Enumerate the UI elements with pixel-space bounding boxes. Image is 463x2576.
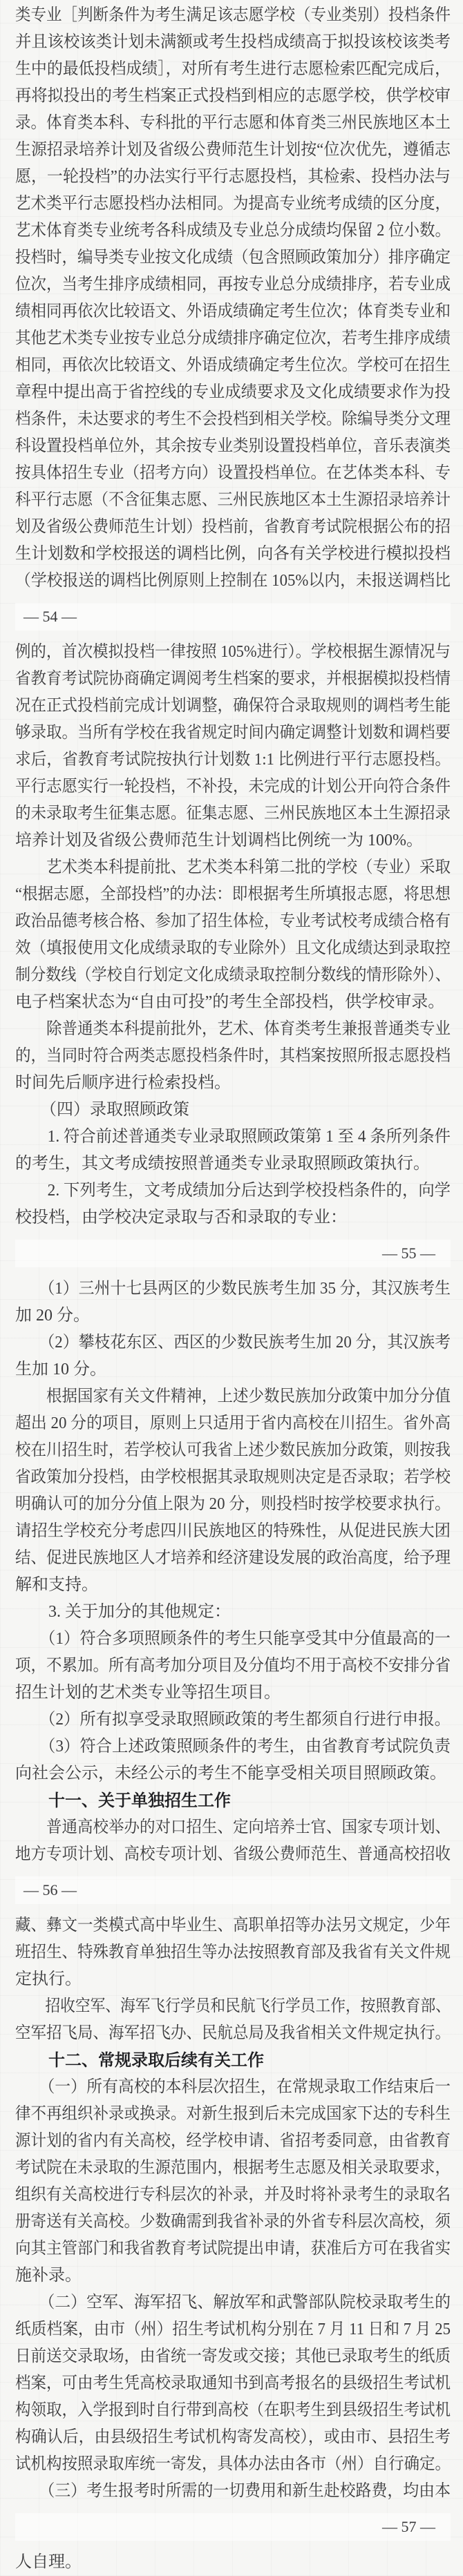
text-line-content: 章程中提出高于省控线的专业成绩要求及文化成绩要求作为投 <box>15 379 451 406</box>
page-number-text: — 56 — <box>23 1881 77 1899</box>
text-line-content: 省政策加分投档，由学校根据其录取规则决定是否录取；若学校 <box>15 1464 451 1491</box>
text-line-content: 位次，当考生排序成绩相同，再按专业总分成绩排序，若专业成 <box>15 271 451 298</box>
text-line-content: 档案，可由考生凭高校录取通知书到高考报名的县级招生考试机 <box>15 2370 451 2397</box>
text-line: 藏、彝文一类模式高中毕业生、高职单招等办法另文规定，少年 <box>15 1912 424 1939</box>
text-line: 普通高校举办的对口招生、定向培养士官、国家专项计划、 <box>15 1814 424 1841</box>
text-line: 结、促进民族地区人才培养和经济建设发展的政治高度，给予理 <box>15 1545 424 1572</box>
text-line: 制分数线（学校自行划定文化成绩录取控制分数线的情形除外）、 <box>15 962 416 989</box>
text-line: 省政策加分投档，由学校根据其录取规则决定是否录取；若学校 <box>15 1464 424 1491</box>
text-line: 电子档案状态为“自由可投”的考生全部投档，供学校审录。 <box>15 989 451 1016</box>
text-line-content: 超出 20 分的项目，原则上只适用于省内高校在川招生。省外高 <box>15 1410 451 1437</box>
text-line: 班招生、特殊教育单独招生等办法按照教育部及我省有关文件规 <box>15 1939 424 1966</box>
text-line-content: 制分数线（学校自行划定文化成绩录取控制分数线的情形除外）、 <box>15 962 451 989</box>
text-line-content: 的，当同时符合两类志愿投档条件时，其档案按照所报志愿投档 <box>15 1043 451 1070</box>
text-line: 艺术体育类专业统考各科成绩及专业总分成绩均保留 2 位小数。 <box>15 218 424 244</box>
text-line: 试机构按照录取库统一寄发，具体办法由各市（州）自行确定。 <box>15 2451 424 2478</box>
text-line: 的未录取考生征集志愿。征集志愿、三州民族地区本土生源招录 <box>15 800 424 827</box>
text-line: （四）录取照顾政策 <box>15 1097 451 1124</box>
text-line-content: 施补录。 <box>15 2262 82 2289</box>
text-line-content: 绩相同再依次比较语文、外语成绩确定考生位次；体育类专业和 <box>15 298 451 325</box>
page-number-text: — 54 — <box>23 608 77 625</box>
text-line-content: 加 20 分。 <box>15 1303 90 1329</box>
text-line: 再将拟投出的考生档案正式投档到相应的志愿学校，供学校审 <box>15 83 439 110</box>
text-line-content: 2. 下列考生，文考成绩加分后达到学校投档条件的，向学 <box>15 1178 451 1204</box>
text-line-content: 考试院在未录取的生源范围内，根据考生志愿及相关录取要求， <box>15 2155 451 2182</box>
text-line: （一）所有高校的本科层次招生，在常规录取工作结束后一 <box>15 2074 431 2101</box>
text-line: 其他艺术类专业按专业总分成绩排序确定位次，若考生排序成绩 <box>15 325 424 352</box>
text-line-content: 科平行志愿（不含征集志愿、三州民族地区本土生源招录培养计 <box>15 487 451 514</box>
text-line-content: 的考生，其文考成绩按照普通类专业录取照顾政策执行。 <box>15 1151 430 1178</box>
text-line: 人自理。 <box>15 2549 451 2576</box>
text-line: 项，不累加。所有高考加分项目及分值均不用于高校不安排分省 <box>15 1653 424 1680</box>
text-line: 的，当同时符合两类志愿投档条件时，其档案按照所报志愿投档 <box>15 1043 424 1070</box>
text-line-content: 律不再组织补录或换录。对新生报到后未完成国家下达的专科生 <box>15 2101 451 2128</box>
text-line-content: 够录取。当所有学校在我省规定时间内确定调整计划数和调档要 <box>15 720 451 747</box>
document-page: 人自理。 <box>15 2549 451 2576</box>
text-line: 况在正式投档前完成计划调整，确保符合录取规则的调档考生能 <box>15 693 424 720</box>
text-line: 录。体育类本科、专科批的平行志愿和体育类三州民族地区本土 <box>15 110 424 137</box>
text-line-content: 效（填报使用文化成绩录取的专业除外）且文化成绩达到录取控 <box>15 935 451 962</box>
document-page: （1）三州十七县两区的少数民族考生加 35 分，其汉族考生加 20 分。 （2）… <box>15 1276 451 1904</box>
text-line-content: 并且该校该类计划未满额或考生投档成绩高于拟投该校该类考 <box>15 29 451 56</box>
text-line-content: （四）录取照顾政策 <box>15 1097 189 1124</box>
text-line: 构确认后，由县级招生考试机构寄发高校），或由市、县招生考 <box>15 2424 431 2451</box>
text-line: 招生计划的艺术类专业等招生项目。 <box>15 1680 451 1707</box>
text-line-content: （二）空军、海军招飞、解放军和武警部队院校录取考生的 <box>15 2289 451 2316</box>
text-line: （1）符合多项照顾条件的考生只能享受其中分值最高的一 <box>15 1626 439 1653</box>
text-line: 考试院在未录取的生源范围内，根据考生志愿及相关录取要求， <box>15 2155 424 2182</box>
text-line: 源计划的省内有关高校，经学校申请、省招考委同意，由省教育 <box>15 2128 424 2155</box>
text-line-content: 人自理。 <box>15 2549 82 2576</box>
section-heading: 十一、关于单独招生工作 <box>15 1787 451 1814</box>
text-line-content: 试机构按照录取库统一寄发，具体办法由各市（州）自行确定。 <box>15 2451 451 2478</box>
text-line: “根据志愿，全部投档”的办法：即根据考生所填报志愿，将思想 <box>15 881 425 908</box>
document-page: 例的，首次模拟投档一律按照 105%进行）。学校根据生源情况与省教育考试院协商确… <box>15 639 451 1267</box>
text-line: 超出 20 分的项目，原则上只适用于省内高校在川招生。省外高 <box>15 1410 431 1437</box>
text-line-content: 校在川招生时，若学校认可我省上述少数民族加分政策，则按我 <box>15 1437 451 1464</box>
text-line: 省教育考试院协商确定调阅考生档案的要求，并根据模拟投档情 <box>15 666 424 693</box>
text-line: 科设置投档单位外，其余按专业类别设置投档单位，音乐表演类 <box>15 433 424 460</box>
text-line: 日前送交录取场，由省统一寄发或交接；其他已录取考生的纸质 <box>15 2343 424 2370</box>
text-line: 愿，一轮投档”的办法实行平行志愿投档，其检索、投档办法与 <box>15 164 432 191</box>
document: 类专业［判断条件为考生满足该志愿学校（专业类别）投档条件并且该校该类计划未满额或… <box>0 0 463 2576</box>
text-line-content: （学校报送的调档比例原则上控制在 105%以内，未报送调档比 <box>15 568 451 595</box>
text-line: 档条件，未达要求的考生不会投档到相关学校。除编导类分文理 <box>15 406 424 433</box>
text-line: 根据国家有关文件精神，上述少数民族加分政策中加分分值 <box>15 1383 424 1410</box>
text-line: （学校报送的调档比例原则上控制在 105%以内，未报送调档比 <box>15 568 430 595</box>
text-line-content: 生中的最低投档成绩］，对所有考生进行志愿检索匹配完成后， <box>15 56 451 83</box>
text-line-content: （1）三州十七县两区的少数民族考生加 35 分，其汉族考生 <box>15 1276 451 1303</box>
text-line-content: 向其主管部门和我省教育考试院提出申请，获准后方可在我省实 <box>15 2236 451 2262</box>
text-line: 除普通类本科提前批外，艺术、体育类考生兼报普通类专业 <box>15 1016 424 1043</box>
text-line-content: 向社会公示，未经公示的考生不能享受相关项目照顾政策。 <box>15 1760 446 1787</box>
text-line: 向其主管部门和我省教育考试院提出申请，获准后方可在我省实 <box>15 2236 424 2262</box>
text-line: 平行志愿实行一轮投档，不补投，未完成的计划公开向符合条件 <box>15 773 424 800</box>
text-line-content: 电子档案状态为“自由可投”的考生全部投档，供学校审录。 <box>15 989 444 1016</box>
text-line: 招收空军、海军飞行学员和民航飞行学员工作，按照教育部、 <box>15 1993 409 2020</box>
page-number-text: — 55 — <box>382 1244 435 1262</box>
text-line-content: 除普通类本科提前批外，艺术、体育类考生兼报普通类专业 <box>15 1016 451 1043</box>
text-line: 加 20 分。 <box>15 1303 451 1329</box>
text-line: 请招生学校充分考虑四川民族地区的特殊性，从促进民族大团 <box>15 1518 439 1545</box>
text-line: 章程中提出高于省控线的专业成绩要求及文化成绩要求作为投 <box>15 379 439 406</box>
text-line-content: 册寄送有关高校。少数确需到我省补录的外省专科层次高校，须 <box>15 2209 451 2236</box>
text-line-content: 校投档，由学校决定录取与否和录取的专业： <box>15 1204 347 1231</box>
document-page: 藏、彝文一类模式高中毕业生、高职单招等办法另文规定，少年班招生、特殊教育单独招生… <box>15 1912 451 2541</box>
text-line-content: 源计划的省内有关高校，经学校申请、省招考委同意，由省教育 <box>15 2128 451 2155</box>
text-line: 绩相同再依次比较语文、外语成绩确定考生位次；体育类专业和 <box>15 298 424 325</box>
text-line-content: 生加 10 分。 <box>15 1356 106 1383</box>
text-line-content: 艺术类本科提前批、艺术类本科第二批的学校（专业）采取 <box>15 854 451 881</box>
text-line-content: 艺术类平行志愿投档办法相同。为提高专业统考成绩的区分度， <box>15 191 451 218</box>
text-line: 生加 10 分。 <box>15 1356 451 1383</box>
text-line-content: 再将拟投出的考生档案正式投档到相应的志愿学校，供学校审 <box>15 83 451 110</box>
text-line: 校投档，由学校决定录取与否和录取的专业： <box>15 1204 451 1231</box>
text-line: 空军招飞局、海军招飞办、民航总局及我省相关文件规定执行。 <box>15 2020 424 2047</box>
text-line-content: 其他艺术类专业按专业总分成绩排序确定位次，若考生排序成绩 <box>15 325 451 352</box>
text-line: 并且该校该类计划未满额或考生投档成绩高于拟投该校该类考 <box>15 29 439 56</box>
text-line: 的考生，其文考成绩按照普通类专业录取照顾政策执行。 <box>15 1151 451 1178</box>
text-line: 艺术类本科提前批、艺术类本科第二批的学校（专业）采取 <box>15 854 424 881</box>
text-line: 位次，当考生排序成绩相同，再按专业总分成绩排序，若专业成 <box>15 271 424 298</box>
text-line: 生源招录培养计划及省级公费师范生计划按“位次优先，遵循志 <box>15 137 432 164</box>
text-line: 档案，可由考生凭高校录取通知书到高考报名的县级招生考试机 <box>15 2370 424 2397</box>
text-line: 政治品德考核合格、参加了招生体检，专业考试校考成绩合格有 <box>15 908 424 935</box>
text-line-content: 日前送交录取场，由省统一寄发或交接；其他已录取考生的纸质 <box>15 2343 451 2370</box>
text-line-content: 构领取，入学报到时自行带到高校（在职考生到县级招生考试机 <box>15 2397 451 2424</box>
text-line: （三）考生报考时所需的一切费用和新生赴校路费，均由本 <box>15 2478 431 2505</box>
text-line-content: 1. 符合前述普通类专业录取照顾政策第 1 至 4 条所列条件 <box>15 1124 451 1151</box>
text-line-content: 省教育考试院协商确定调阅考生档案的要求，并根据模拟投档情 <box>15 666 451 693</box>
text-line-content: 招生计划的艺术类专业等招生项目。 <box>15 1680 281 1707</box>
page-number: — 56 — <box>15 1876 451 1904</box>
text-line-content: 平行志愿实行一轮投档，不补投，未完成的计划公开向符合条件 <box>15 773 451 800</box>
text-line-content: 时间先后顺序进行检索投档。 <box>15 1070 231 1097</box>
text-line-content: 3. 关于加分的其他规定： <box>15 1599 231 1626</box>
text-line: 够录取。当所有学校在我省规定时间内确定调整计划数和调档要 <box>15 720 424 747</box>
text-line-content: 普通高校举办的对口招生、定向培养士官、国家专项计划、 <box>15 1814 451 1841</box>
text-line: 解和支持。 <box>15 1572 451 1599</box>
text-line: 投档时，编导类专业按文化成绩（包含照顾政策加分）排序确定 <box>15 244 424 271</box>
text-line-content: 科设置投档单位外，其余按专业类别设置投档单位，音乐表演类 <box>15 433 451 460</box>
text-line-content: 艺术体育类专业统考各科成绩及专业总分成绩均保留 2 位小数。 <box>15 218 451 244</box>
text-line-content: 请招生学校充分考虑四川民族地区的特殊性，从促进民族大团 <box>15 1518 451 1545</box>
page-number-text: — 57 — <box>382 2518 435 2535</box>
page-number: — 55 — <box>15 1240 451 1267</box>
text-line-content: 愿，一轮投档”的办法实行平行志愿投档，其检索、投档办法与 <box>15 164 451 191</box>
text-line-content: 培养计划及省级公费师范生计划调档比例统一为 100%。 <box>15 827 423 854</box>
text-line: 艺术类平行志愿投档办法相同。为提高专业统考成绩的区分度， <box>15 191 424 218</box>
text-line-content: 解和支持。 <box>15 1572 98 1599</box>
text-line: 科平行志愿（不含征集志愿、三州民族地区本土生源招录培养计 <box>15 487 424 514</box>
text-line-content: （一）所有高校的本科层次招生，在常规录取工作结束后一 <box>15 2074 451 2101</box>
text-line: 施补录。 <box>15 2262 451 2289</box>
text-line-content: 十一、关于单独招生工作 <box>15 1787 231 1814</box>
text-line-content: （2）所有拟享受录取照顾政策的考生都须自行进行申报。 <box>15 1707 451 1733</box>
text-line-content: 招收空军、海军飞行学员和民航飞行学员工作，按照教育部、 <box>15 1993 451 2020</box>
text-line: 划及省级公费师范生计划）投档前，省教育考试院根据公布的招 <box>15 514 424 541</box>
text-line: 按具体招生专业（招考方向）设置投档单位。在艺体类本科、专 <box>15 460 424 487</box>
text-line: 效（填报使用文化成绩录取的专业除外）且文化成绩达到录取控 <box>15 935 424 962</box>
text-line: （2）所有拟享受录取照顾政策的考生都须自行进行申报。 <box>15 1707 439 1733</box>
text-line-content: （三）考生报考时所需的一切费用和新生赴校路费，均由本 <box>15 2478 451 2505</box>
text-line: 定执行。 <box>15 1966 451 1993</box>
text-line: 明确认可的加分分值上限为 20 分，则投档时按学校要求执行。 <box>15 1491 431 1518</box>
section-heading: 十二、常规录取后续有关工作 <box>15 2047 451 2074</box>
text-line-content: 定执行。 <box>15 1966 82 1993</box>
text-line-content: 相同，再依次比较语文、外语成绩确定考生位次。学校可在招生 <box>15 352 451 379</box>
text-line: 生中的最低投档成绩］，对所有考生进行志愿检索匹配完成后， <box>15 56 431 83</box>
text-line-content: （2）攀枝花东区、西区的少数民族考生加 20 分，其汉族考 <box>15 1329 451 1356</box>
text-line-content: 明确认可的加分分值上限为 20 分，则投档时按学校要求执行。 <box>15 1491 451 1518</box>
text-line-content: 类专业［判断条件为考生满足该志愿学校（专业类别）投档条件 <box>15 2 451 29</box>
text-line: 例的，首次模拟投档一律按照 105%进行）。学校根据生源情况与 <box>15 639 422 666</box>
text-line-content: 结、促进民族地区人才培养和经济建设发展的政治高度，给予理 <box>15 1545 451 1572</box>
text-line-content: 的未录取考生征集志愿。征集志愿、三州民族地区本土生源招录 <box>15 800 451 827</box>
text-line: （1）三州十七县两区的少数民族考生加 35 分，其汉族考生 <box>15 1276 431 1303</box>
text-line: （3）符合上述政策照顾条件的考生，由省教育考试院负责 <box>15 1733 439 1760</box>
text-line: 2. 下列考生，文考成绩加分后达到学校投档条件的，向学 <box>15 1178 439 1204</box>
text-line-content: （1）符合多项照顾条件的考生只能享受其中分值最高的一 <box>15 1626 451 1653</box>
text-line: 向社会公示，未经公示的考生不能享受相关项目照顾政策。 <box>15 1760 451 1787</box>
document-page: 类专业［判断条件为考生满足该志愿学校（专业类别）投档条件并且该校该类计划未满额或… <box>15 2 451 631</box>
text-line-content: 纸质档案，由市（州）招生考试机构分别在 7 月 11 日和 7 月 25 <box>15 2316 451 2343</box>
page-number: — 54 — <box>15 603 451 631</box>
text-line-content: 组织有关高校进行专科层次的补录，并及时将补录考生的录取名 <box>15 2182 451 2209</box>
text-line: 求后，省教育考试院按执行计划数 1:1 比例进行平行志愿投档。 <box>15 747 426 773</box>
text-line-content: 构确认后，由县级招生考试机构寄发高校），或由市、县招生考 <box>15 2424 451 2451</box>
text-line-content: 求后，省教育考试院按执行计划数 1:1 比例进行平行志愿投档。 <box>15 747 451 773</box>
text-line: 地方专项计划、高校专项计划、省级公费师范生、普通高校招收 <box>15 1841 424 1868</box>
text-line-content: 项，不累加。所有高考加分项目及分值均不用于高校不安排分省 <box>15 1653 451 1680</box>
text-line-content: 录。体育类本科、专科批的平行志愿和体育类三州民族地区本土 <box>15 110 451 137</box>
text-line: 类专业［判断条件为考生满足该志愿学校（专业类别）投档条件 <box>15 2 424 29</box>
text-line: 培养计划及省级公费师范生计划调档比例统一为 100%。 <box>15 827 451 854</box>
text-line-content: （3）符合上述政策照顾条件的考生，由省教育考试院负责 <box>15 1733 451 1760</box>
text-line: 生计划数和学校报送的调档比例，向各有关学校进行模拟投档 <box>15 541 439 568</box>
text-line-content: 根据国家有关文件精神，上述少数民族加分政策中加分分值 <box>15 1383 451 1410</box>
text-line-content: 班招生、特殊教育单独招生等办法按照教育部及我省有关文件规 <box>15 1939 451 1966</box>
text-line: 组织有关高校进行专科层次的补录，并及时将补录考生的录取名 <box>15 2182 424 2209</box>
text-line-content: 划及省级公费师范生计划）投档前，省教育考试院根据公布的招 <box>15 514 451 541</box>
text-line: 校在川招生时，若学校认可我省上述少数民族加分政策，则按我 <box>15 1437 424 1464</box>
text-line-content: 生计划数和学校报送的调档比例，向各有关学校进行模拟投档 <box>15 541 451 568</box>
text-line: （2）攀枝花东区、西区的少数民族考生加 20 分，其汉族考 <box>15 1329 431 1356</box>
text-line-content: 按具体招生专业（招考方向）设置投档单位。在艺体类本科、专 <box>15 460 451 487</box>
text-line: 相同，再依次比较语文、外语成绩确定考生位次。学校可在招生 <box>15 352 424 379</box>
text-line: 册寄送有关高校。少数确需到我省补录的外省专科层次高校，须 <box>15 2209 424 2236</box>
text-line-content: 政治品德考核合格、参加了招生体检，专业考试校考成绩合格有 <box>15 908 451 935</box>
page-number: — 57 — <box>15 2513 451 2541</box>
text-line-content: 投档时，编导类专业按文化成绩（包含照顾政策加分）排序确定 <box>15 244 451 271</box>
text-line-content: 况在正式投档前完成计划调整，确保符合录取规则的调档考生能 <box>15 693 451 720</box>
text-line: 纸质档案，由市（州）招生考试机构分别在 7 月 11 日和 7 月 25 <box>15 2316 428 2343</box>
text-line-content: 地方专项计划、高校专项计划、省级公费师范生、普通高校招收 <box>15 1841 451 1868</box>
text-line-content: 空军招飞局、海军招飞办、民航总局及我省相关文件规定执行。 <box>15 2020 451 2047</box>
text-line: 时间先后顺序进行检索投档。 <box>15 1070 451 1097</box>
text-line-content: 藏、彝文一类模式高中毕业生、高职单招等办法另文规定，少年 <box>15 1912 451 1939</box>
text-line-content: 例的，首次模拟投档一律按照 105%进行）。学校根据生源情况与 <box>15 639 451 666</box>
text-line: 1. 符合前述普通类专业录取照顾政策第 1 至 4 条所列条件 <box>15 1124 439 1151</box>
text-line: 律不再组织补录或换录。对新生报到后未完成国家下达的专科生 <box>15 2101 424 2128</box>
text-line: （二）空军、海军招飞、解放军和武警部队院校录取考生的 <box>15 2289 431 2316</box>
text-line-content: “根据志愿，全部投档”的办法：即根据考生所填报志愿，将思想 <box>15 881 451 908</box>
text-line: 3. 关于加分的其他规定： <box>15 1599 451 1626</box>
text-line-content: 十二、常规录取后续有关工作 <box>15 2047 264 2074</box>
text-line: 构领取，入学报到时自行带到高校（在职考生到县级招生考试机 <box>15 2397 424 2424</box>
text-line-content: 生源招录培养计划及省级公费师范生计划按“位次优先，遵循志 <box>15 137 451 164</box>
text-line-content: 档条件，未达要求的考生不会投档到相关学校。除编导类分文理 <box>15 406 451 433</box>
